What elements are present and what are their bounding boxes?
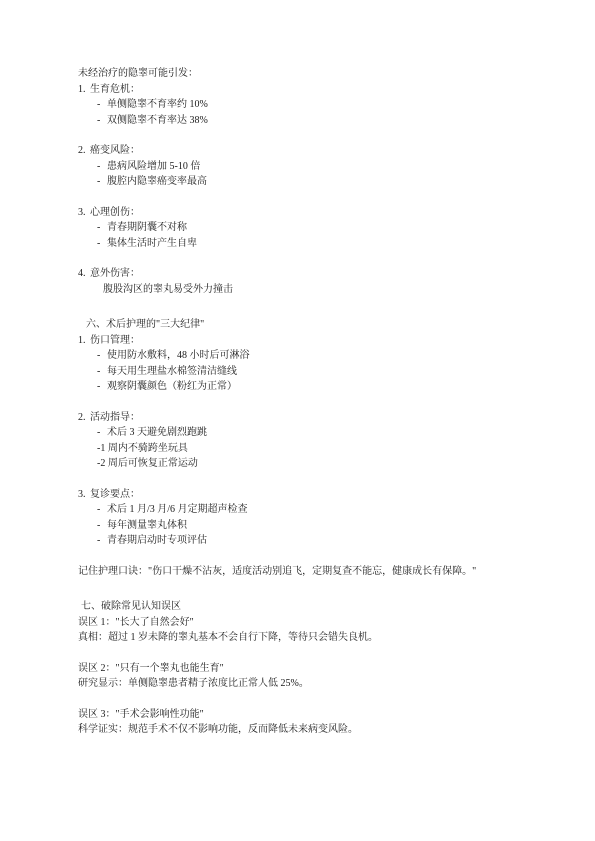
line-text: 腹股沟区的睾丸易受外力撞击 <box>103 282 233 298</box>
text-block: 误区 2："只有一个睾丸也能生育"研究显示：单侧隐睾患者精子浓度比正常人低 25… <box>78 661 555 692</box>
line-text: 意外伤害： <box>90 266 140 282</box>
numbered-item: 2.癌变风险： <box>78 143 555 159</box>
numbered-item: 2.活动指导： <box>78 410 555 426</box>
bullet-item: -患病风险增加 5-10 倍 <box>78 159 555 175</box>
line-text: 青春期启动时专项评估 <box>107 533 207 549</box>
line-text: 心理创伤： <box>90 205 140 221</box>
dash-bullet: - <box>97 97 107 113</box>
paragraph-line: 误区 3："手术会影响性功能" <box>78 707 555 723</box>
bullet-item: -术后 3 天避免剧烈跑跳 <box>78 425 555 441</box>
line-text: 患病风险增加 5-10 倍 <box>107 159 200 175</box>
bullet-item: -青春期启动时专项评估 <box>78 533 555 549</box>
line-text: 每年测量睾丸体积 <box>107 518 187 534</box>
paragraph-line: 记住护理口诀："伤口干燥不沾灰，适度活动别追飞，定期复查不能忘，健康成长有保障。… <box>78 564 555 580</box>
line-text: 科学证实：规范手术不仅不影响功能，反而降低未来病变风险。 <box>78 722 358 738</box>
bullet-item: -双侧隐睾不育率达 38% <box>78 113 555 129</box>
dash-bullet: - <box>97 518 107 534</box>
text-block: 2.癌变风险：-患病风险增加 5-10 倍-腹腔内隐睾癌变率最高 <box>78 143 555 190</box>
line-text: 记住护理口诀："伤口干燥不沾灰，适度活动别追飞，定期复查不能忘，健康成长有保障。… <box>78 564 476 580</box>
numbered-item: 3.复诊要点： <box>78 487 555 503</box>
line-text: 研究显示：单侧隐睾患者精子浓度比正常人低 25%。 <box>78 676 309 692</box>
numbered-item: 4.意外伤害： <box>78 266 555 282</box>
paragraph-line: 研究显示：单侧隐睾患者精子浓度比正常人低 25%。 <box>78 676 555 692</box>
text-block: 六、术后护理的"三大纪律"1.伤口管理：-使用防水敷料，48 小时后可淋浴-每天… <box>78 317 555 395</box>
dash-bullet: - <box>97 236 107 252</box>
text-block: 2.活动指导：-术后 3 天避免剧烈跑跳-1 周内不骑跨坐玩具-2 周后可恢复正… <box>78 410 555 472</box>
section-heading: 六、术后护理的"三大纪律" <box>78 317 555 333</box>
line-text: 单侧隐睾不育率约 10% <box>107 97 208 113</box>
line-text: 术后 3 天避免剧烈跑跳 <box>107 425 207 441</box>
line-text: 伤口管理： <box>90 333 140 349</box>
section-heading: 七、破除常见认知误区 <box>78 599 555 615</box>
document-body: 未经治疗的隐睾可能引发：1.生育危机：-单侧隐睾不育率约 10%-双侧隐睾不育率… <box>78 66 555 738</box>
dash-bullet: - <box>97 533 107 549</box>
list-number: 2. <box>78 410 90 426</box>
bullet-item: -单侧隐睾不育率约 10% <box>78 97 555 113</box>
list-number: 1. <box>78 82 90 98</box>
line-text: 误区 1："长大了自然会好" <box>78 615 194 631</box>
line-text: 误区 3："手术会影响性功能" <box>78 707 204 723</box>
line-text: 复诊要点： <box>90 487 140 503</box>
bullet-item: -腹腔内隐睾癌变率最高 <box>78 174 555 190</box>
numbered-item: 1.生育危机： <box>78 82 555 98</box>
bullet-item: -术后 1 月/3 月/6 月定期超声检查 <box>78 502 555 518</box>
line-text: 双侧隐睾不育率达 38% <box>107 113 208 129</box>
numbered-item: 3.心理创伤： <box>78 205 555 221</box>
bullet-item: -青春期阴囊不对称 <box>78 220 555 236</box>
text-block: 记住护理口诀："伤口干燥不沾灰，适度活动别追飞，定期复查不能忘，健康成长有保障。… <box>78 564 555 580</box>
line-text: 未经治疗的隐睾可能引发： <box>78 66 198 82</box>
line-text: 术后 1 月/3 月/6 月定期超声检查 <box>107 502 248 518</box>
text-block: 3.心理创伤：-青春期阴囊不对称-集体生活时产生自卑 <box>78 205 555 252</box>
line-text: 生育危机： <box>90 82 140 98</box>
dash-bullet: - <box>97 364 107 380</box>
text-block: 误区 3："手术会影响性功能"科学证实：规范手术不仅不影响功能，反而降低未来病变… <box>78 707 555 738</box>
line-text: 活动指导： <box>90 410 140 426</box>
list-number: 2. <box>78 143 90 159</box>
indented-line: 腹股沟区的睾丸易受外力撞击 <box>78 282 555 298</box>
line-text: 青春期阴囊不对称 <box>107 220 187 236</box>
list-number: 3. <box>78 487 90 503</box>
dash-bullet: - <box>97 348 107 364</box>
line-text: 误区 2："只有一个睾丸也能生育" <box>78 661 224 677</box>
numbered-item: 1.伤口管理： <box>78 333 555 349</box>
line-text: 七、破除常见认知误区 <box>81 599 181 615</box>
paragraph-line: 科学证实：规范手术不仅不影响功能，反而降低未来病变风险。 <box>78 722 555 738</box>
bullet-item: -每天用生理盐水棉签清洁缝线 <box>78 364 555 380</box>
bullet-item: -集体生活时产生自卑 <box>78 236 555 252</box>
list-number: 4. <box>78 266 90 282</box>
list-number: 3. <box>78 205 90 221</box>
bullet-item: -1 周内不骑跨坐玩具 <box>78 441 555 457</box>
line-text: 使用防水敷料，48 小时后可淋浴 <box>107 348 250 364</box>
text-block: 4.意外伤害：腹股沟区的睾丸易受外力撞击 <box>78 266 555 297</box>
document-page: 未经治疗的隐睾可能引发：1.生育危机：-单侧隐睾不育率约 10%-双侧隐睾不育率… <box>0 0 595 841</box>
dash-bullet: - <box>97 379 107 395</box>
line-text: 腹腔内隐睾癌变率最高 <box>107 174 207 190</box>
dash-bullet: - <box>97 174 107 190</box>
bullet-item: -每年测量睾丸体积 <box>78 518 555 534</box>
bullet-item: -2 周后可恢复正常运动 <box>78 456 555 472</box>
dash-bullet: - <box>97 159 107 175</box>
text-block: 3.复诊要点：-术后 1 月/3 月/6 月定期超声检查-每年测量睾丸体积-青春… <box>78 487 555 549</box>
dash-bullet: - <box>97 502 107 518</box>
text-block: 未经治疗的隐睾可能引发：1.生育危机：-单侧隐睾不育率约 10%-双侧隐睾不育率… <box>78 66 555 128</box>
line-text: -2 周后可恢复正常运动 <box>97 456 198 472</box>
line-text: 观察阴囊颜色（粉红为正常） <box>107 379 237 395</box>
paragraph-line: 误区 1："长大了自然会好" <box>78 615 555 631</box>
list-number: 1. <box>78 333 90 349</box>
paragraph-line: 真相：超过 1 岁未降的睾丸基本不会自行下降，等待只会错失良机。 <box>78 630 555 646</box>
line-text: 每天用生理盐水棉签清洁缝线 <box>107 364 237 380</box>
line-text: 癌变风险： <box>90 143 140 159</box>
paragraph-line: 误区 2："只有一个睾丸也能生育" <box>78 661 555 677</box>
line-text: 六、术后护理的"三大纪律" <box>86 317 204 333</box>
dash-bullet: - <box>97 220 107 236</box>
bullet-item: -观察阴囊颜色（粉红为正常） <box>78 379 555 395</box>
paragraph-line: 未经治疗的隐睾可能引发： <box>78 66 555 82</box>
line-text: -1 周内不骑跨坐玩具 <box>97 441 188 457</box>
line-text: 集体生活时产生自卑 <box>107 236 197 252</box>
dash-bullet: - <box>97 113 107 129</box>
line-text: 真相：超过 1 岁未降的睾丸基本不会自行下降，等待只会错失良机。 <box>78 630 378 646</box>
dash-bullet: - <box>97 425 107 441</box>
bullet-item: -使用防水敷料，48 小时后可淋浴 <box>78 348 555 364</box>
text-block: 七、破除常见认知误区误区 1："长大了自然会好"真相：超过 1 岁未降的睾丸基本… <box>78 599 555 646</box>
